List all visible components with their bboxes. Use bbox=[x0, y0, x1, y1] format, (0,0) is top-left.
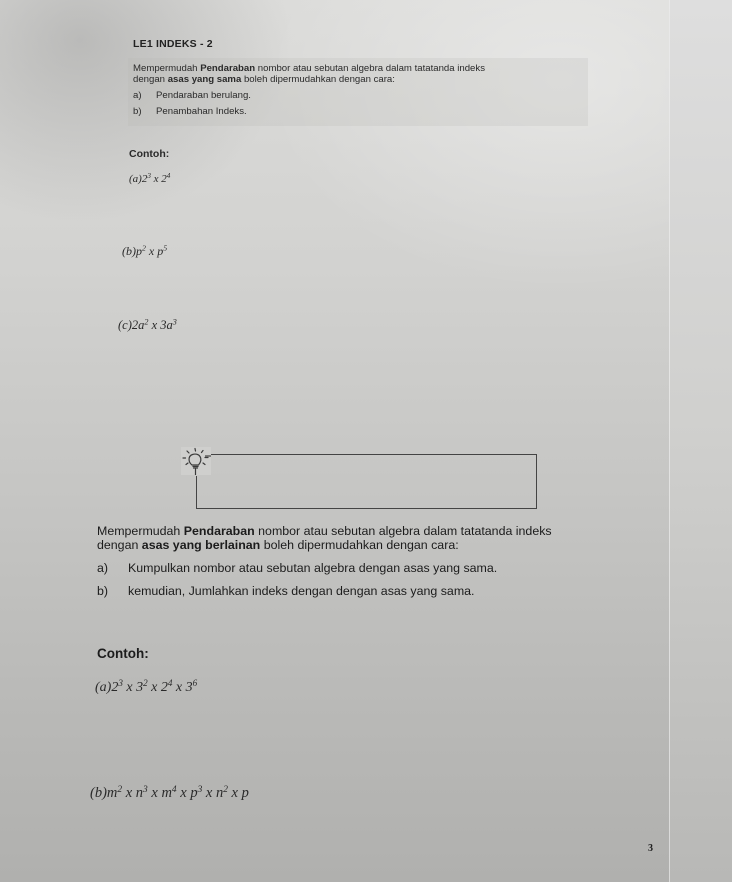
paper-edge-background bbox=[669, 0, 732, 882]
example-label: (a) bbox=[95, 680, 111, 695]
term-base: 2 bbox=[161, 680, 168, 695]
section1-example-c: (c)2a2 x 3a3 bbox=[118, 318, 177, 333]
term-base: n bbox=[136, 785, 143, 801]
text-fragment: dengan bbox=[133, 74, 168, 85]
example-label: (c) bbox=[118, 318, 132, 332]
section1-examples-heading: Contoh: bbox=[129, 148, 169, 160]
section1-intro-line2: dengan asas yang sama boleh dipermudahka… bbox=[128, 74, 588, 85]
section2-intro: Mempermudah Pendaraban nombor atau sebut… bbox=[97, 524, 607, 598]
worksheet-title: LE1 INDEKS - 2 bbox=[133, 38, 213, 50]
term-exponent: 5 bbox=[163, 244, 167, 253]
text-fragment: boleh dipermudahkan dengan cara: bbox=[241, 74, 395, 85]
section2-example-a: (a)23 x 32 x 24 x 36 bbox=[95, 680, 197, 696]
section2-intro-line2: dengan asas yang berlainan boleh dipermu… bbox=[97, 538, 607, 552]
section2-method-a: a) Kumpulkan nombor atau sebutan algebra… bbox=[97, 561, 607, 575]
term-base: p bbox=[190, 785, 197, 801]
list-label: a) bbox=[97, 561, 128, 575]
operator: x bbox=[122, 785, 136, 801]
section1-intro-line1: Mempermudah Pendaraban nombor atau sebut… bbox=[128, 58, 588, 74]
term-exponent: 4 bbox=[167, 172, 171, 180]
section1-intro-box: Mempermudah Pendaraban nombor atau sebut… bbox=[128, 58, 588, 126]
operator: x bbox=[172, 680, 185, 695]
section2-method-b: b) kemudian, Jumlahkan indeks dengan den… bbox=[97, 584, 607, 598]
list-text: Kumpulkan nombor atau sebutan algebra de… bbox=[128, 561, 497, 575]
section1-method-b: b) Penambahan Indeks. bbox=[128, 106, 588, 117]
emphasis-text: Pendaraban bbox=[200, 63, 255, 74]
tip-box bbox=[196, 454, 537, 509]
operator: x bbox=[202, 785, 216, 801]
emphasis-text: asas yang sama bbox=[168, 74, 242, 85]
operator: x bbox=[177, 785, 191, 801]
list-label: b) bbox=[133, 106, 156, 117]
example-label: (b) bbox=[90, 785, 107, 801]
emphasis-text: asas yang berlainan bbox=[142, 538, 260, 552]
term-base: 3a bbox=[160, 318, 173, 332]
list-label: b) bbox=[97, 584, 128, 598]
term-exponent: 3 bbox=[173, 318, 177, 327]
emphasis-text: Pendaraban bbox=[184, 524, 255, 538]
text-fragment: nombor atau sebutan algebra dalam tatata… bbox=[255, 63, 485, 74]
operator: x bbox=[148, 785, 162, 801]
term-base: p bbox=[242, 785, 249, 801]
text-fragment: Mempermudah bbox=[97, 524, 184, 538]
term-exponent: 6 bbox=[193, 678, 198, 688]
term-base: 2a bbox=[132, 318, 145, 332]
tip-box-left-border bbox=[196, 476, 197, 508]
section2-example-b: (b)m2 x n3 x m4 x p3 x n2 x p bbox=[90, 785, 249, 802]
operator: x bbox=[123, 680, 136, 695]
text-fragment: nombor atau sebutan algebra dalam tatata… bbox=[255, 524, 552, 538]
operator: x bbox=[146, 244, 157, 258]
list-text: Penambahan Indeks. bbox=[156, 106, 247, 117]
text-fragment: Mempermudah bbox=[133, 63, 200, 74]
term-base: 3 bbox=[186, 680, 193, 695]
list-label: a) bbox=[133, 90, 156, 101]
example-label: (b) bbox=[122, 244, 136, 258]
text-fragment: dengan bbox=[97, 538, 142, 552]
section1-example-a: (a)23 x 24 bbox=[129, 173, 170, 185]
section2-examples-heading: Contoh: bbox=[97, 646, 149, 661]
list-text: kemudian, Jumlahkan indeks dengan dengan… bbox=[128, 584, 474, 598]
operator: x bbox=[148, 680, 161, 695]
term-base: m bbox=[161, 785, 171, 801]
lightbulb-icon bbox=[181, 447, 211, 475]
section2-intro-line1: Mempermudah Pendaraban nombor atau sebut… bbox=[97, 524, 607, 538]
operator: x bbox=[228, 785, 242, 801]
section1-method-a: a) Pendaraban berulang. bbox=[128, 90, 588, 101]
list-text: Pendaraban berulang. bbox=[156, 90, 251, 101]
term-base: m bbox=[107, 785, 117, 801]
page-number: 3 bbox=[648, 843, 653, 854]
operator: x bbox=[148, 318, 160, 332]
section1-example-b: (b)p2 x p5 bbox=[122, 244, 167, 259]
operator: x bbox=[151, 173, 161, 185]
text-fragment: boleh dipermudahkan dengan cara: bbox=[260, 538, 458, 552]
example-label: (a) bbox=[129, 173, 142, 185]
